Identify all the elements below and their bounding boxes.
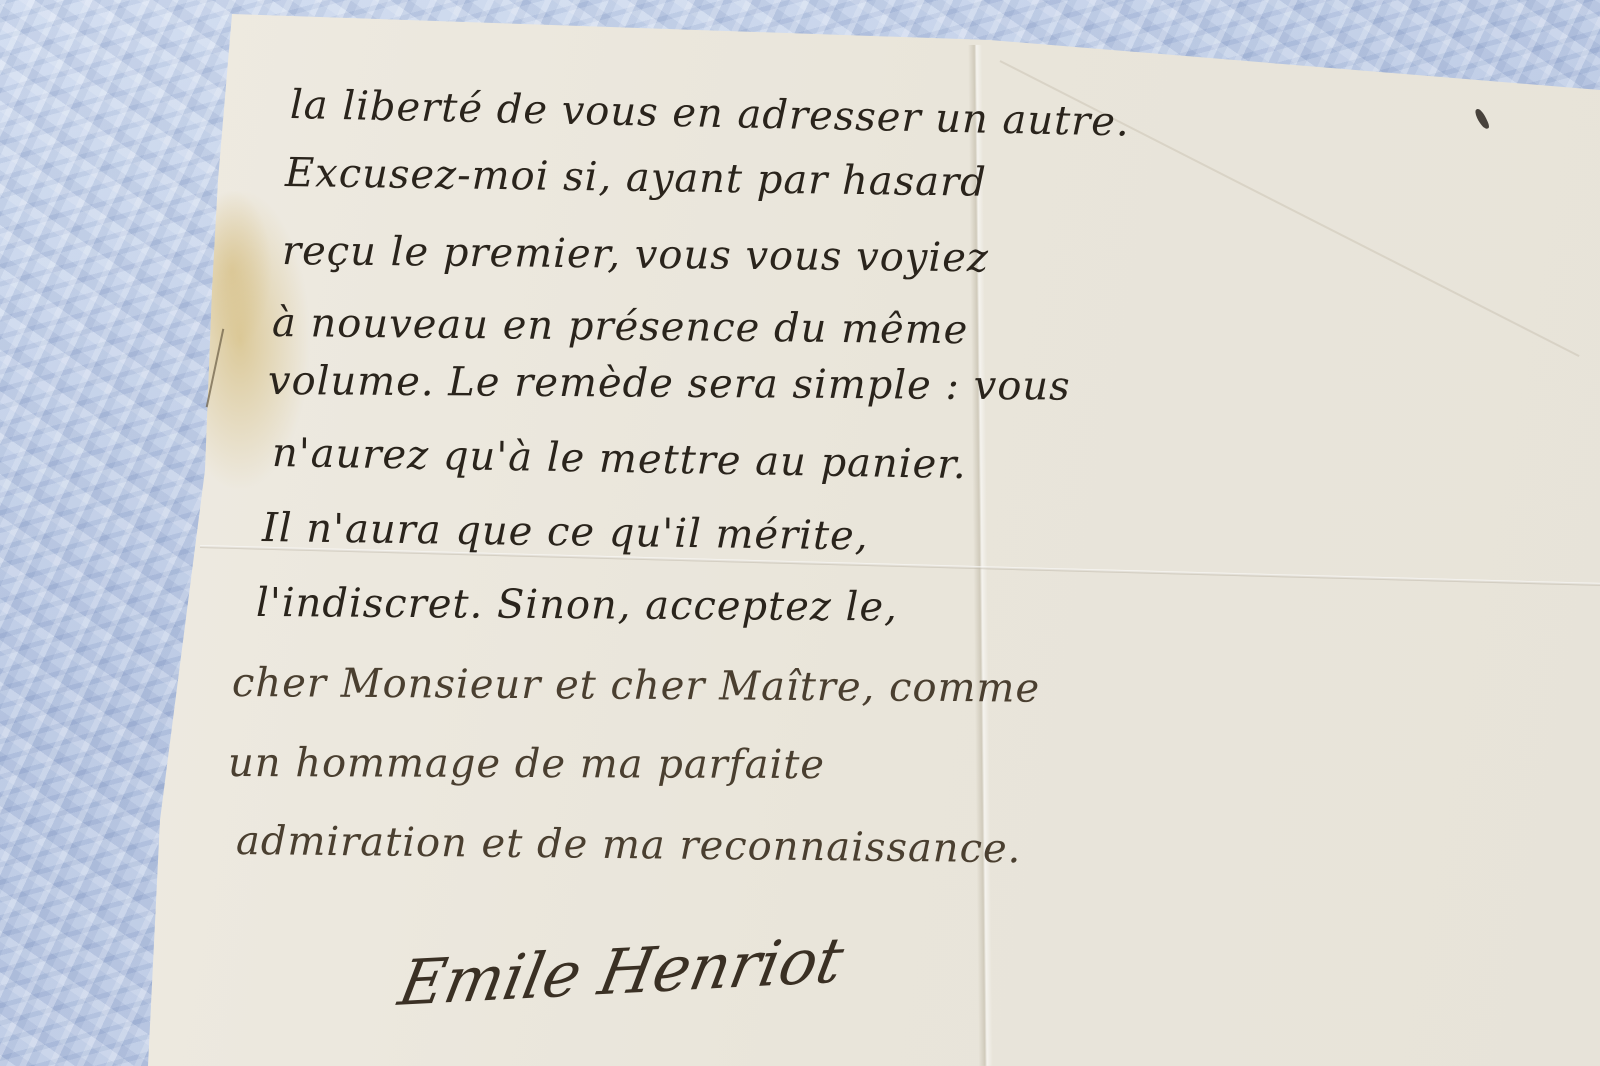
letter-line-8: l'indiscret. Sinon, acceptez le, xyxy=(256,580,898,630)
signature: Emile Henriot xyxy=(393,923,849,1020)
letter-line-10: un hommage de ma parfaite xyxy=(228,740,825,788)
handwritten-letter: la liberté de vous en adresser un autre.… xyxy=(0,0,1600,1066)
letter-line-3: reçu le premier, vous vous voyiez xyxy=(282,228,989,281)
letter-line-1: la liberté de vous en adresser un autre. xyxy=(290,82,1131,146)
letter-line-11: admiration et de ma reconnaissance. xyxy=(236,818,1022,872)
letter-line-5: volume. Le remède sera simple : vous xyxy=(268,358,1071,410)
letter-line-6: n'aurez qu'à le mettre au panier. xyxy=(272,430,967,488)
letter-line-7: Il n'aura que ce qu'il mérite, xyxy=(262,505,869,559)
letter-line-4: à nouveau en présence du même xyxy=(272,300,969,353)
letter-line-9: cher Monsieur et cher Maître, comme xyxy=(232,660,1040,712)
letter-line-2: Excusez-moi si, ayant par hasard xyxy=(285,150,987,206)
